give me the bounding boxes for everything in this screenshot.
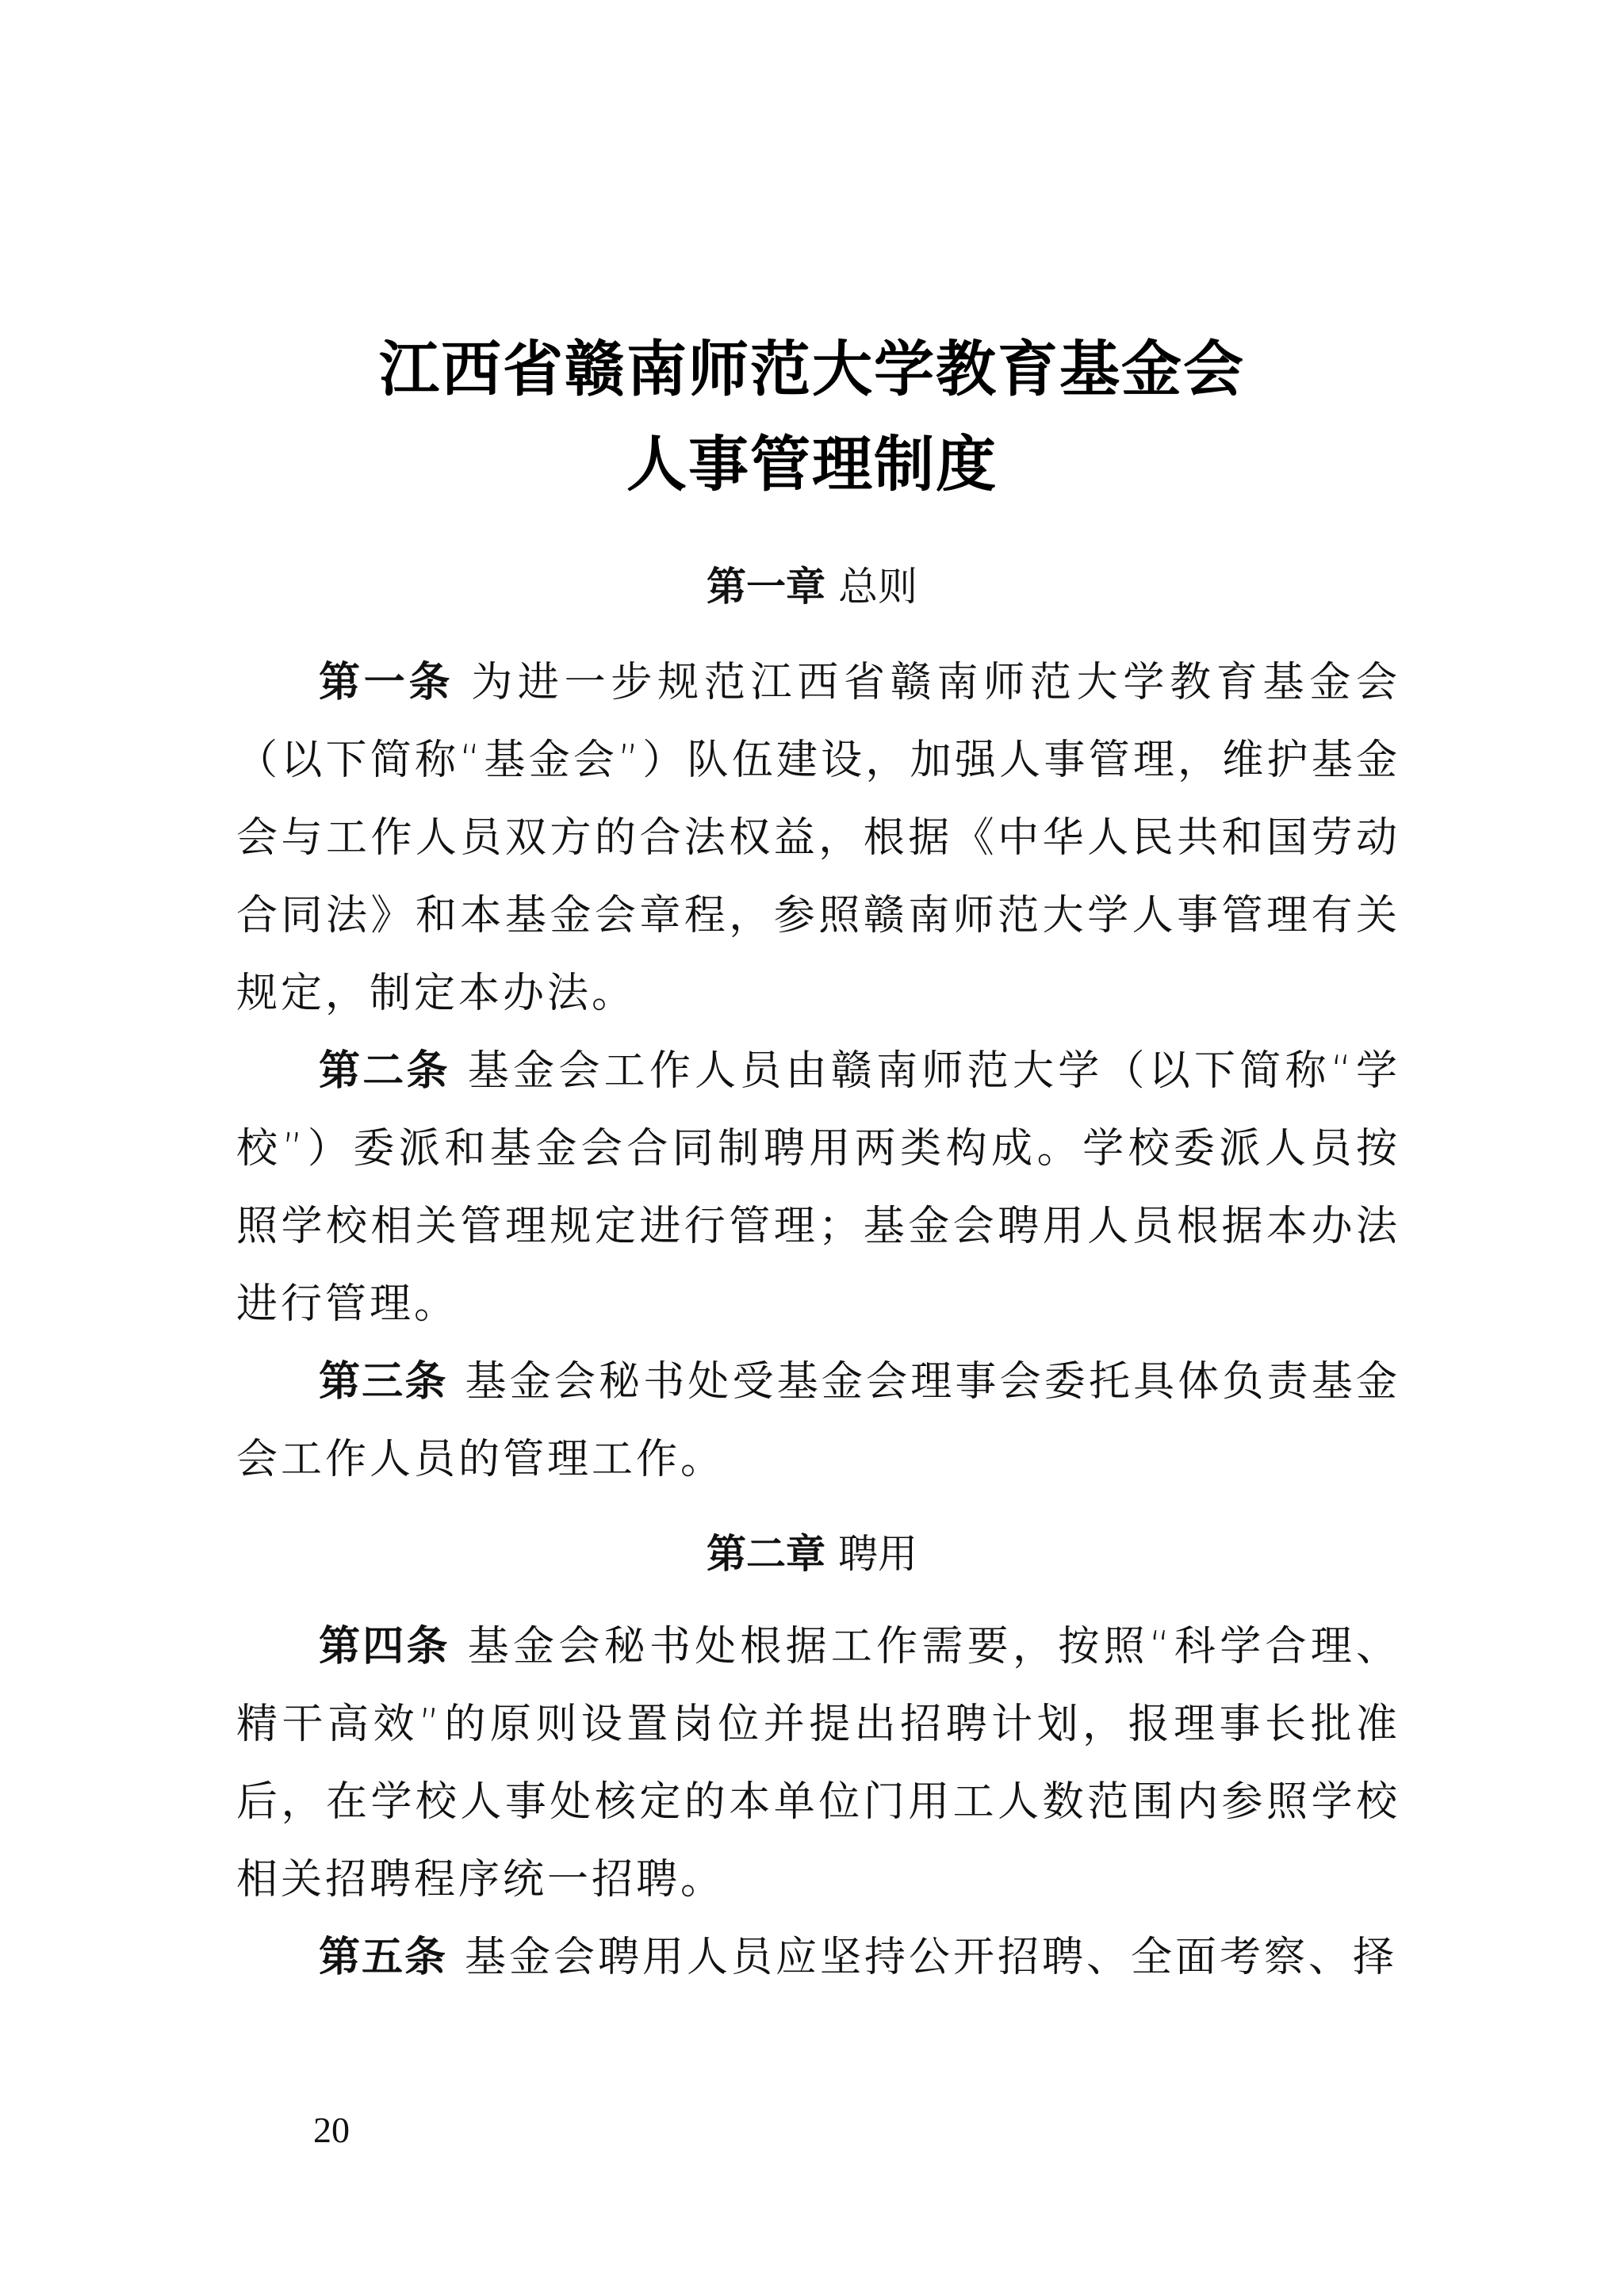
article-4: 第四条基金会秘书处根据工作需要，按照“科学合理、精干高效”的原则设置岗位并提出招… (236, 1608, 1400, 1919)
article-label: 第三条 (319, 1358, 448, 1406)
chapter-name: 聘用 (838, 1531, 917, 1577)
chapter-number: 第一章 (707, 564, 825, 610)
article-text: 为进一步规范江西省赣南师范大学教育基金会（以下简称“基金会”）队伍建设，加强人事… (236, 659, 1400, 1017)
document-title-line1: 江西省赣南师范大学教育基金会 (0, 321, 1624, 408)
chapter-name: 总则 (838, 564, 917, 610)
article-5: 第五条基金会聘用人员应坚持公开招聘、全面考察、择 (236, 1919, 1400, 1996)
article-text: 基金会聘用人员应坚持公开招聘、全面考察、择 (465, 1934, 1397, 1981)
article-label: 第一条 (319, 659, 454, 706)
document-title-line2: 人事管理制度 (0, 416, 1624, 503)
article-label: 第四条 (319, 1623, 450, 1670)
chapter-heading-2: 第二章 聘用 (0, 1522, 1624, 1579)
page-number: 20 (313, 2109, 350, 2151)
article-3: 第三条基金会秘书处受基金会理事会委托具体负责基金会工作人员的管理工作。 (236, 1343, 1400, 1498)
article-label: 第五条 (319, 1934, 447, 1981)
article-2: 第二条基金会工作人员由赣南师范大学（以下简称“学校”）委派和基金会合同制聘用两类… (236, 1032, 1400, 1343)
chapter-heading-1: 第一章 总则 (0, 555, 1624, 612)
chapter-number: 第二章 (707, 1531, 825, 1577)
article-label: 第二条 (319, 1047, 450, 1095)
article-1: 第一条为进一步规范江西省赣南师范大学教育基金会（以下简称“基金会”）队伍建设，加… (236, 644, 1400, 1032)
